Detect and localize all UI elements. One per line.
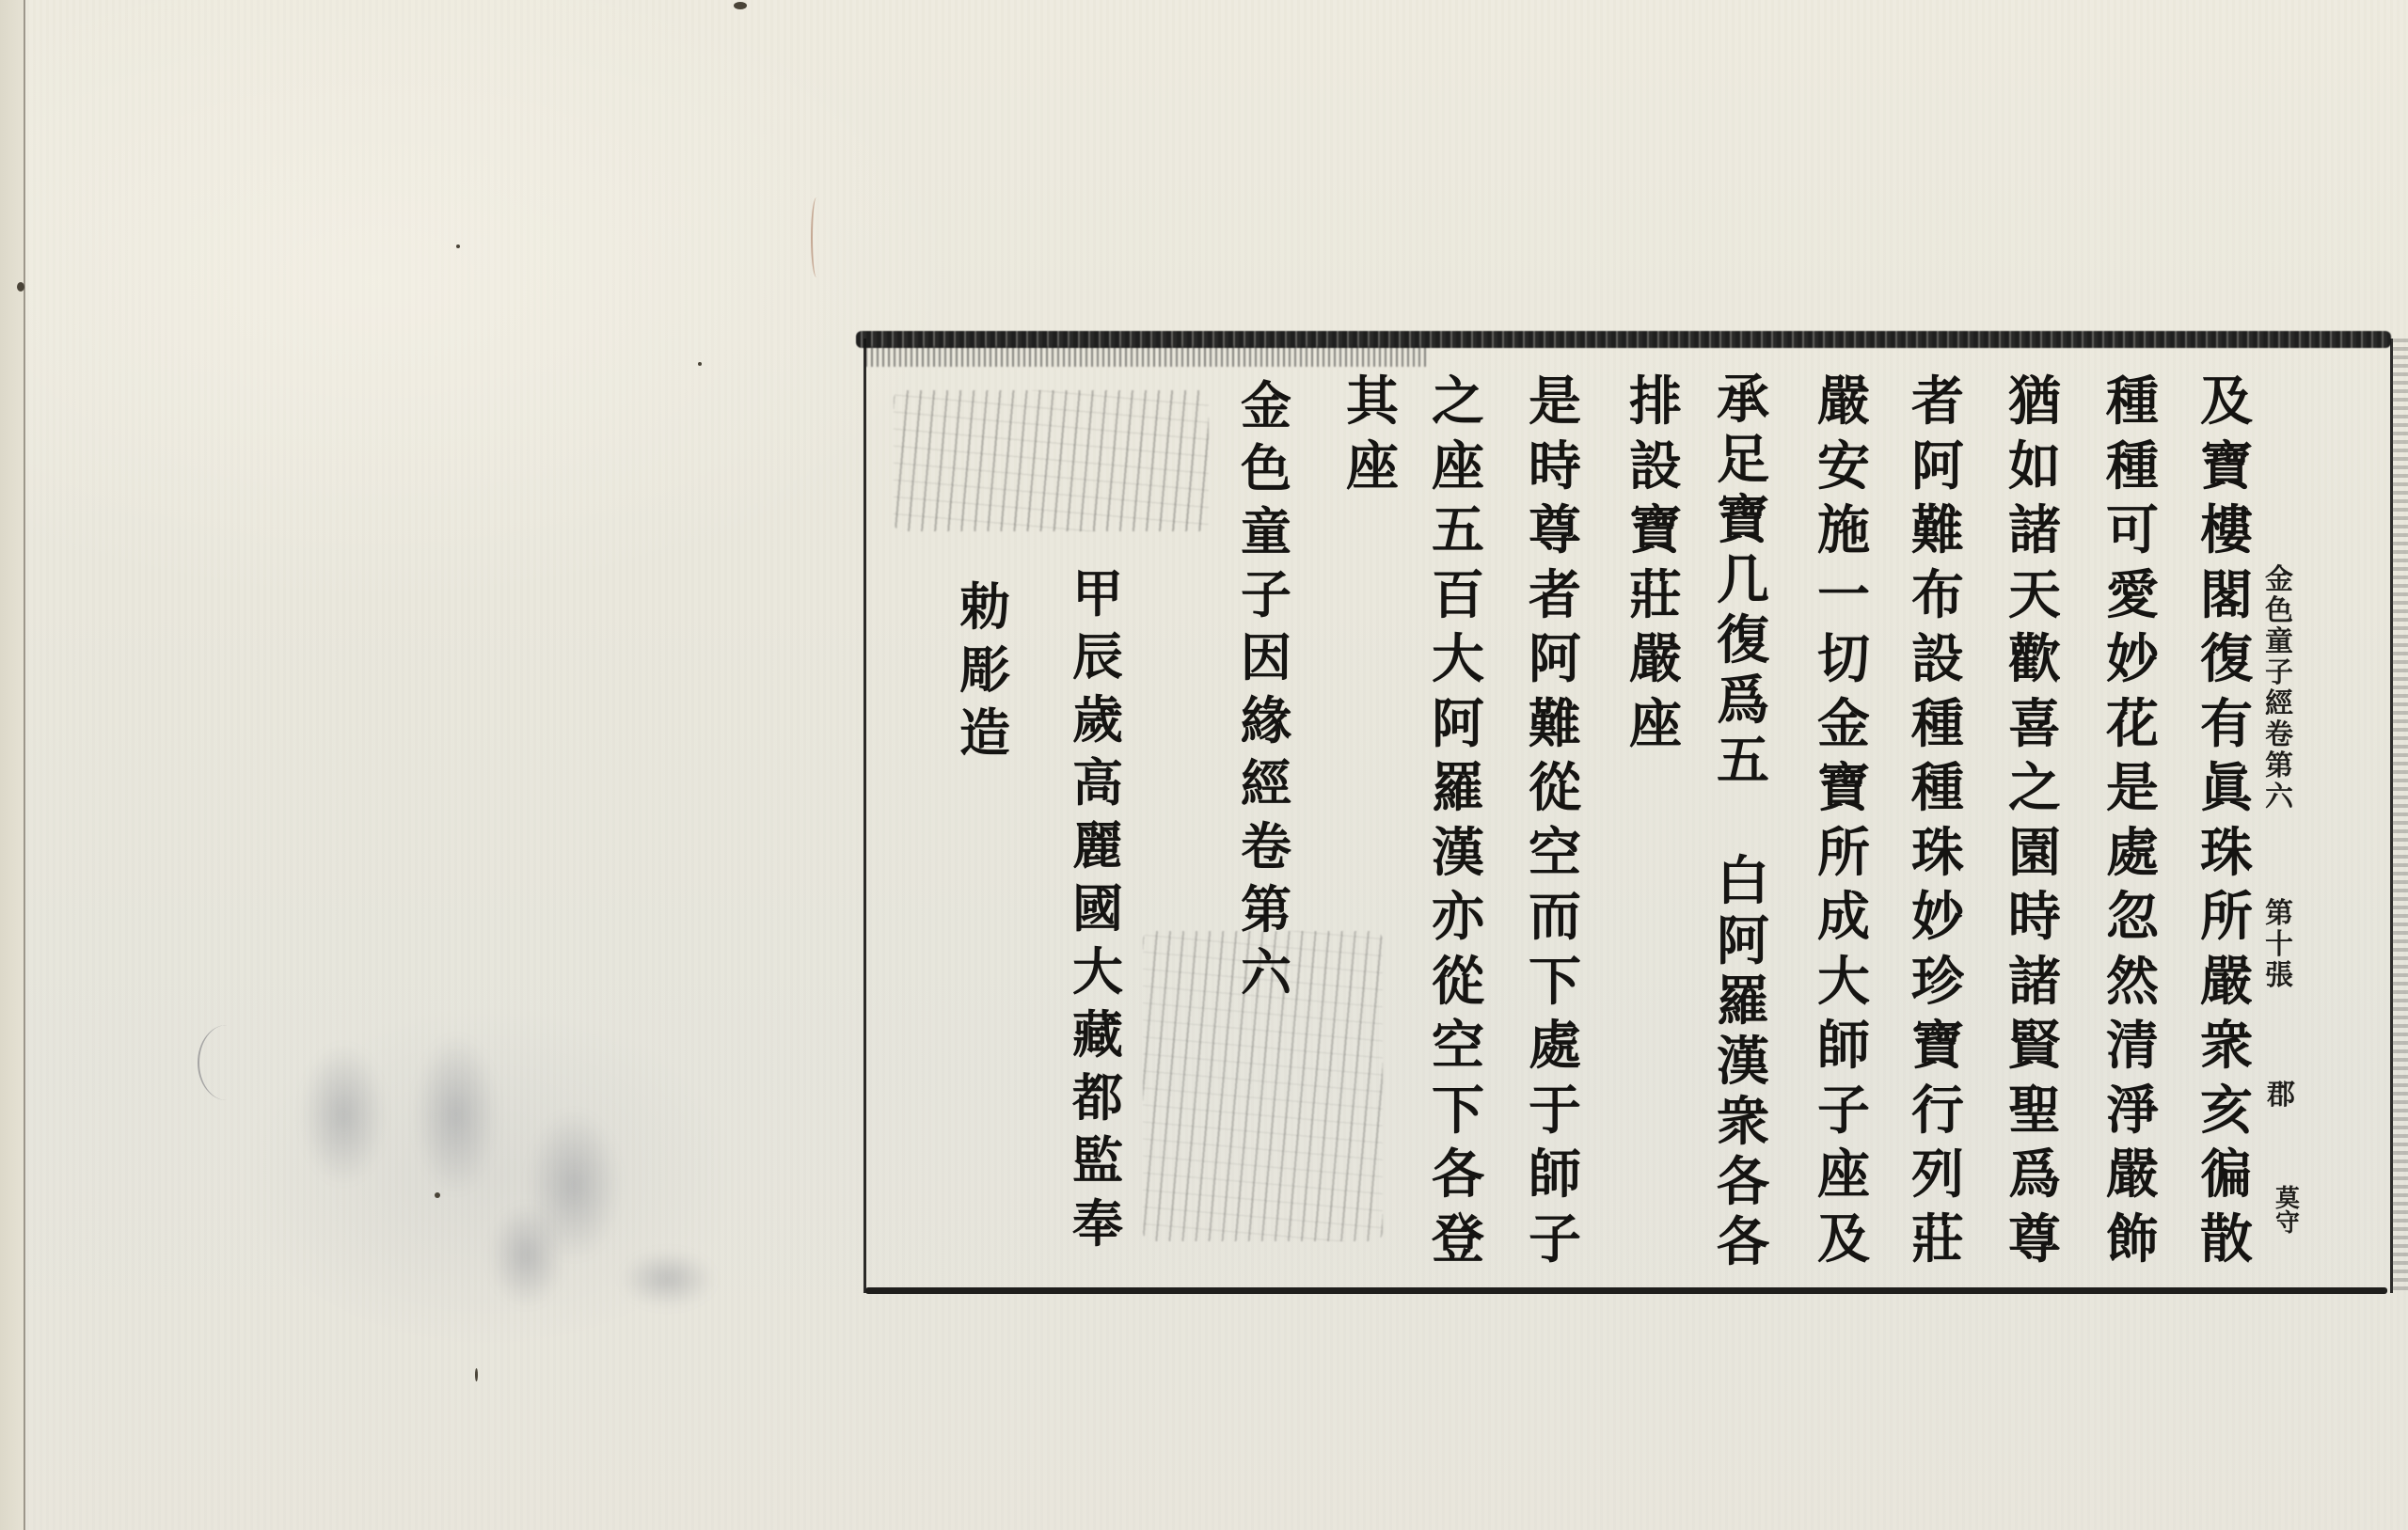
paper-speck xyxy=(734,2,747,9)
glyph: 安 xyxy=(1811,434,1877,499)
text-column-5: 嚴安施一切金寶所成大師子座及 xyxy=(1811,370,1877,1271)
glyph: 空 xyxy=(1425,1014,1491,1079)
glyph: 者 xyxy=(1905,370,1971,434)
glyph: 登 xyxy=(1425,1207,1491,1272)
text-column-10: 其座 xyxy=(1339,370,1405,498)
ink-offset-smudge xyxy=(621,1251,715,1307)
glyph: 時 xyxy=(1522,434,1588,499)
glyph: 寶 xyxy=(2194,434,2259,499)
glyph: 爲 xyxy=(2002,1143,2067,1207)
glyph: 是 xyxy=(1522,370,1588,434)
binding-edge-line xyxy=(24,0,25,1530)
paper-speck xyxy=(435,1192,440,1198)
glyph: 几 xyxy=(1710,550,1776,610)
colophon-line-2: 勅彫造 xyxy=(952,576,1018,765)
glyph: 爲 xyxy=(1710,670,1776,731)
frame-bottom-border xyxy=(865,1287,2387,1294)
glyph: 莊 xyxy=(1623,563,1688,628)
paper-speck xyxy=(456,244,460,248)
glyph: 種 xyxy=(1905,756,1971,821)
glyph: 童 xyxy=(2260,626,2298,657)
glyph: 嚴 xyxy=(1811,370,1877,434)
text-column-6: 承足寶几復爲五 白阿羅漢衆各各 xyxy=(1710,370,1776,1272)
glyph: 亥 xyxy=(2194,1079,2259,1144)
glyph: 妙 xyxy=(1905,885,1971,950)
glyph: 從 xyxy=(1425,950,1491,1015)
glyph: 子 xyxy=(1522,1207,1588,1272)
paper-speck xyxy=(698,362,702,366)
colophon-line-1: 甲辰歲高麗國大藏都監奉 xyxy=(1065,562,1131,1255)
glyph: 第 xyxy=(1233,878,1299,941)
text-column-1: 及寶樓閣復有眞珠所嚴衆亥徧散 xyxy=(2194,370,2259,1271)
paper-speck xyxy=(17,282,24,292)
glyph: 淨 xyxy=(2099,1079,2165,1144)
margin-note-carver: 莫守 xyxy=(2269,1187,2306,1236)
glyph: 第 xyxy=(2260,898,2298,929)
ink-offset-smudge xyxy=(489,1204,564,1307)
glyph: 大 xyxy=(1065,940,1131,1003)
glyph: 下 xyxy=(1522,950,1588,1015)
glyph: 散 xyxy=(2194,1207,2259,1272)
glyph: 五 xyxy=(1425,498,1491,563)
glyph: 寶 xyxy=(1905,1014,1971,1079)
glyph: 施 xyxy=(1811,498,1877,563)
glyph: 十 xyxy=(2260,929,2298,960)
text-column-9: 之座五百大阿羅漢亦從空下各登 xyxy=(1425,370,1491,1271)
glyph: 歡 xyxy=(2002,627,2067,692)
glyph: 阿 xyxy=(1425,692,1491,757)
glyph: 各 xyxy=(1425,1143,1491,1207)
glyph: 閣 xyxy=(2194,563,2259,628)
glyph: 之 xyxy=(2002,756,2067,821)
glyph: 切 xyxy=(1811,627,1877,692)
glyph: 有 xyxy=(2194,692,2259,757)
glyph: 衆 xyxy=(1710,1092,1776,1152)
glyph: 處 xyxy=(1522,1014,1588,1079)
glyph: 種 xyxy=(1905,692,1971,757)
glyph: 及 xyxy=(2194,370,2259,434)
glyph: 金 xyxy=(1233,374,1299,437)
glyph: 漢 xyxy=(1710,1032,1776,1092)
glyph: 布 xyxy=(1905,563,1971,628)
glyph: 天 xyxy=(2002,563,2067,628)
glyph: 童 xyxy=(1233,500,1299,563)
glyph: 經 xyxy=(2260,688,2298,719)
glyph: 子 xyxy=(2260,657,2298,688)
glyph: 其 xyxy=(1339,370,1405,434)
paper-fiber xyxy=(198,1025,256,1100)
glyph: 色 xyxy=(1233,437,1299,500)
glyph: 衆 xyxy=(2194,1014,2259,1079)
glyph: 辰 xyxy=(1065,625,1131,688)
glyph: 珠 xyxy=(2194,821,2259,886)
glyph: 設 xyxy=(1905,627,1971,692)
glyph: 及 xyxy=(1811,1207,1877,1272)
glyph: 勅 xyxy=(952,576,1018,639)
glyph xyxy=(1710,791,1776,851)
glyph: 清 xyxy=(2099,1014,2165,1079)
glyph: 子 xyxy=(1233,563,1299,626)
glyph: 寶 xyxy=(1623,498,1688,563)
glyph: 所 xyxy=(1811,821,1877,886)
glyph: 高 xyxy=(1065,751,1131,814)
glyph: 眞 xyxy=(2194,756,2259,821)
glyph: 愛 xyxy=(2099,563,2165,628)
glyph: 六 xyxy=(2260,781,2298,812)
glyph: 緣 xyxy=(1233,689,1299,752)
glyph: 羅 xyxy=(1710,971,1776,1032)
glyph: 而 xyxy=(1522,885,1588,950)
glyph: 種 xyxy=(2099,370,2165,434)
ink-offset-smudge xyxy=(414,1034,499,1194)
glyph: 莫 xyxy=(2269,1187,2306,1211)
glyph: 園 xyxy=(2002,821,2067,886)
margin-note-page-number: 第十張 xyxy=(2260,898,2298,991)
glyph: 于 xyxy=(1522,1079,1588,1144)
glyph: 猶 xyxy=(2002,370,2067,434)
glyph: 諸 xyxy=(2002,950,2067,1015)
glyph: 時 xyxy=(2002,885,2067,950)
glyph: 尊 xyxy=(1522,498,1588,563)
glyph: 亦 xyxy=(1425,885,1491,950)
glyph: 阿 xyxy=(1710,911,1776,971)
glyph: 歲 xyxy=(1065,688,1131,751)
glyph: 處 xyxy=(2099,821,2165,886)
glyph: 座 xyxy=(1623,692,1688,757)
glyph: 國 xyxy=(1065,877,1131,940)
glyph: 莊 xyxy=(1905,1207,1971,1272)
glyph: 郡 xyxy=(2262,1080,2300,1111)
glyph: 寶 xyxy=(1811,756,1877,821)
glyph: 設 xyxy=(1623,434,1688,499)
glyph: 然 xyxy=(2099,950,2165,1015)
glyph: 尊 xyxy=(2002,1207,2067,1272)
ink-offset-smudge xyxy=(301,1044,386,1185)
glyph: 所 xyxy=(2194,885,2259,950)
glyph: 張 xyxy=(2260,960,2298,991)
glyph: 空 xyxy=(1522,821,1588,886)
glyph: 復 xyxy=(1710,610,1776,670)
glyph: 復 xyxy=(2194,627,2259,692)
glyph: 阿 xyxy=(1522,627,1588,692)
glyph: 監 xyxy=(1065,1129,1131,1192)
glyph: 白 xyxy=(1710,851,1776,911)
glyph: 花 xyxy=(2099,692,2165,757)
text-column-3: 猶如諸天歡喜之園時諸賢聖爲尊 xyxy=(2002,370,2067,1271)
glyph: 六 xyxy=(1233,941,1299,1004)
glyph: 聖 xyxy=(2002,1079,2067,1144)
glyph: 色 xyxy=(2260,595,2298,626)
glyph: 大 xyxy=(1811,950,1877,1015)
glyph: 之 xyxy=(1425,370,1491,434)
frame-top-fray xyxy=(865,346,1430,367)
glyph: 承 xyxy=(1710,370,1776,430)
glyph: 座 xyxy=(1339,434,1405,499)
glyph: 下 xyxy=(1425,1079,1491,1144)
glyph: 足 xyxy=(1710,430,1776,490)
glyph: 是 xyxy=(2099,756,2165,821)
glyph: 珠 xyxy=(1905,821,1971,886)
glyph: 守 xyxy=(2269,1211,2306,1236)
glyph: 難 xyxy=(1522,692,1588,757)
glyph: 百 xyxy=(1425,563,1491,628)
glyph: 師 xyxy=(1811,1014,1877,1079)
glyph: 諸 xyxy=(2002,498,2067,563)
glyph: 阿 xyxy=(1905,434,1971,499)
glyph: 從 xyxy=(1522,756,1588,821)
glyph: 嚴 xyxy=(2194,950,2259,1015)
glyph: 奉 xyxy=(1065,1192,1131,1255)
glyph: 甲 xyxy=(1065,562,1131,625)
glyph: 羅 xyxy=(1425,756,1491,821)
text-column-8: 是時尊者阿難從空而下處于師子 xyxy=(1522,370,1588,1271)
glyph: 成 xyxy=(1811,885,1877,950)
glyph: 珍 xyxy=(1905,950,1971,1015)
glyph: 如 xyxy=(2002,434,2067,499)
text-column-7: 排設寶莊嚴座 xyxy=(1623,370,1688,756)
glyph: 忽 xyxy=(2099,885,2165,950)
glyph: 卷 xyxy=(1233,815,1299,878)
glyph: 飾 xyxy=(2099,1207,2165,1272)
glyph: 因 xyxy=(1233,626,1299,689)
glyph: 種 xyxy=(2099,434,2165,499)
glyph: 喜 xyxy=(2002,692,2067,757)
title-line: 金色童子因緣經卷第六 xyxy=(1233,374,1299,1004)
glyph: 都 xyxy=(1065,1066,1131,1129)
frame-right-outer-margin xyxy=(2391,339,2408,1293)
woodgrain-mark-upper xyxy=(894,390,1209,531)
glyph: 大 xyxy=(1425,627,1491,692)
glyph: 卷 xyxy=(2260,719,2298,750)
glyph: 金 xyxy=(1811,692,1877,757)
glyph: 漢 xyxy=(1425,821,1491,886)
glyph: 子 xyxy=(1811,1079,1877,1144)
glyph: 列 xyxy=(1905,1143,1971,1207)
glyph: 嚴 xyxy=(1623,627,1688,692)
glyph: 賢 xyxy=(2002,1014,2067,1079)
glyph: 行 xyxy=(1905,1079,1971,1144)
glyph: 者 xyxy=(1522,563,1588,628)
glyph: 各 xyxy=(1710,1152,1776,1212)
margin-note-mark: 郡 xyxy=(2262,1080,2300,1111)
glyph: 座 xyxy=(1425,434,1491,499)
glyph: 座 xyxy=(1811,1143,1877,1207)
glyph: 麗 xyxy=(1065,814,1131,877)
glyph: 金 xyxy=(2260,564,2298,595)
glyph: 妙 xyxy=(2099,627,2165,692)
binding-shadow xyxy=(0,0,24,1530)
glyph: 彫 xyxy=(952,639,1018,702)
margin-note-sutra-volume: 金色童子經卷第六 xyxy=(2260,564,2298,812)
glyph: 經 xyxy=(1233,752,1299,815)
glyph: 藏 xyxy=(1065,1003,1131,1066)
glyph: 第 xyxy=(2260,750,2298,781)
glyph: 可 xyxy=(2099,498,2165,563)
glyph: 徧 xyxy=(2194,1143,2259,1207)
text-column-2: 種種可愛妙花是處忽然清淨嚴飾 xyxy=(2099,370,2165,1271)
paper-fiber xyxy=(811,197,822,277)
glyph: 樓 xyxy=(2194,498,2259,563)
glyph: 一 xyxy=(1811,563,1877,628)
glyph: 嚴 xyxy=(2099,1143,2165,1207)
glyph: 寶 xyxy=(1710,490,1776,550)
paper-speck xyxy=(475,1368,478,1381)
glyph: 師 xyxy=(1522,1143,1588,1207)
glyph: 各 xyxy=(1710,1212,1776,1272)
text-column-4: 者阿難布設種種珠妙珍寶行列莊 xyxy=(1905,370,1971,1271)
glyph: 難 xyxy=(1905,498,1971,563)
glyph: 排 xyxy=(1623,370,1688,434)
glyph: 造 xyxy=(952,702,1018,765)
glyph: 五 xyxy=(1710,731,1776,791)
